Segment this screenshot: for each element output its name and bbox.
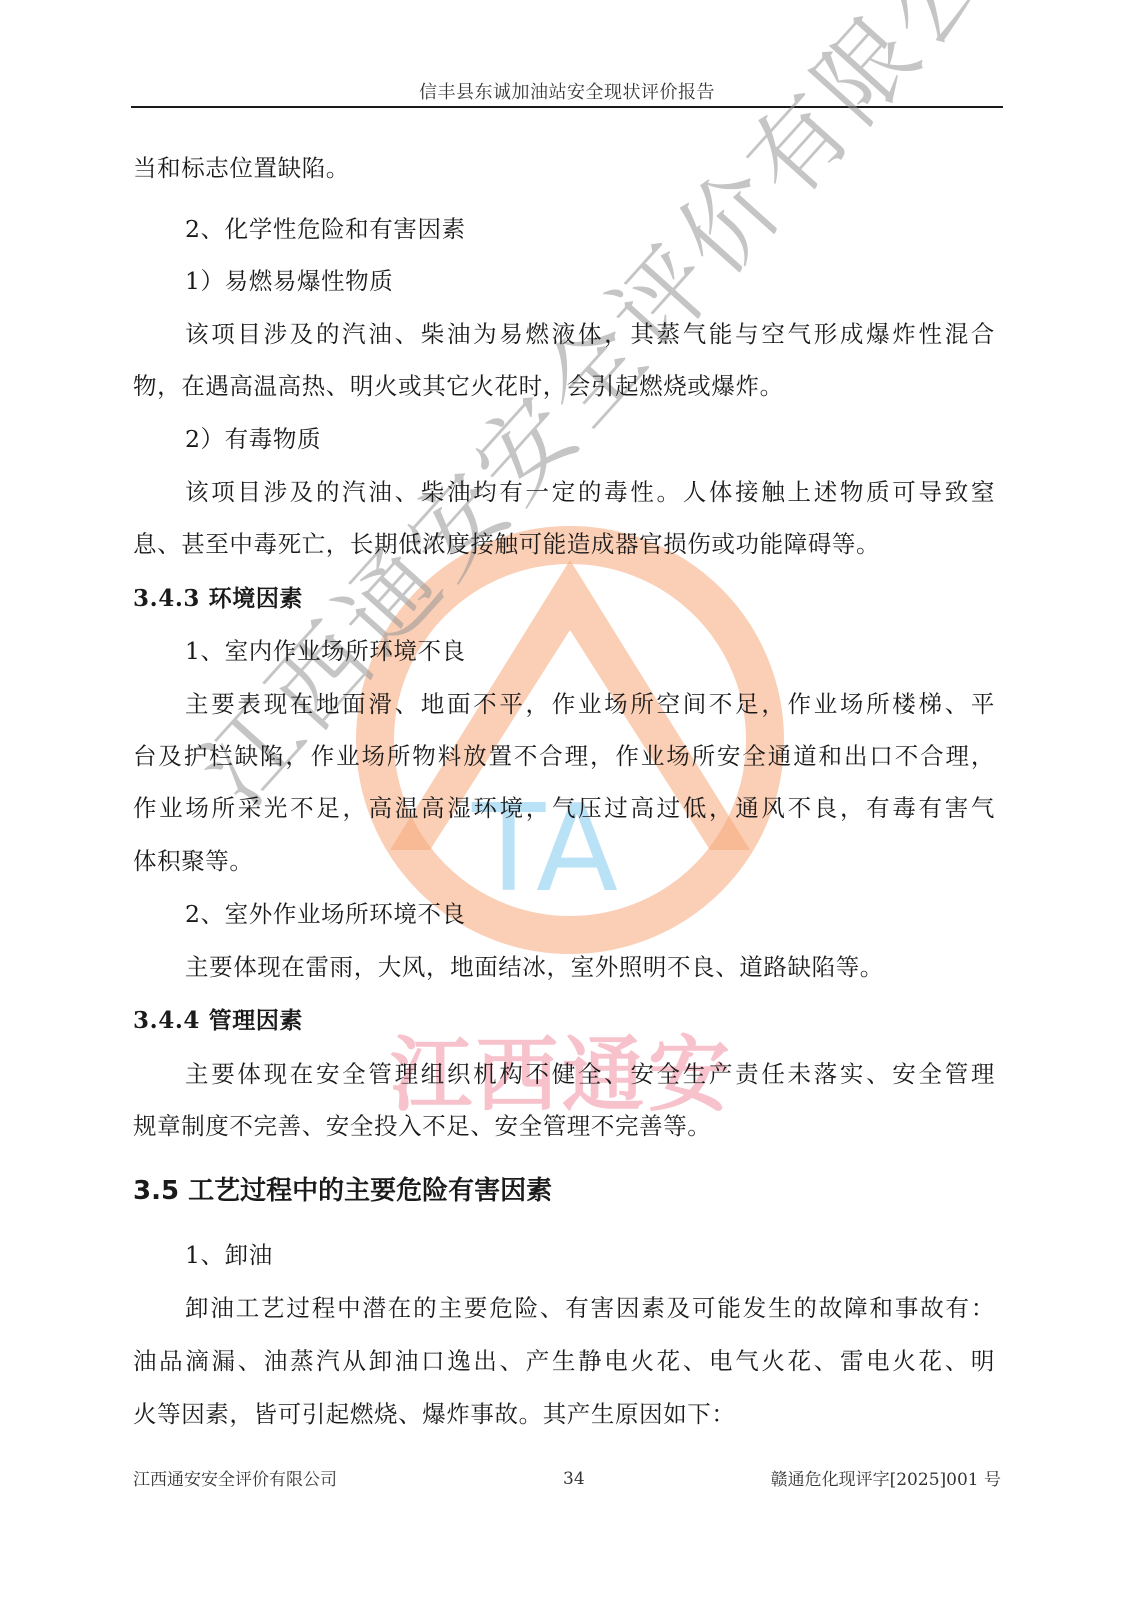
footer-doc-number: 赣通危化现评字[2025]001 号	[771, 1465, 1001, 1490]
paragraph-line: 油品滴漏、油蒸汽从卸油口逸出、产生静电火花、电气火花、雷电火花、明	[133, 1345, 995, 1377]
paragraph-line: 主要体现在雷雨，大风，地面结冰，室外照明不良、道路缺陷等。	[185, 951, 884, 983]
paragraph-line: 规章制度不完善、安全投入不足、安全管理不完善等。	[133, 1110, 711, 1142]
section-heading-3-4-4: 3.4.4 管理因素	[133, 1005, 303, 1037]
section-item-heading: 2、室外作业场所环境不良	[185, 898, 466, 930]
header-divider	[131, 106, 1003, 108]
paragraph-line: 主要表现在地面滑、地面不平，作业场所空间不足，作业场所楼梯、平	[185, 688, 995, 720]
paragraph-line: 作业场所采光不足，高温高湿环境，气压过高过低，通风不良，有毒有害气	[133, 792, 995, 824]
subsection-item-heading: 2）有毒物质	[185, 423, 321, 455]
paragraph-line: 物，在遇高温高热、明火或其它火花时，会引起燃烧或爆炸。	[133, 370, 784, 402]
section-item-heading: 1、室内作业场所环境不良	[185, 635, 466, 667]
paragraph-line: 该项目涉及的汽油、柴油为易燃液体，其蒸气能与空气形成爆炸性混合	[185, 318, 995, 350]
section-item-heading: 1、卸油	[185, 1239, 273, 1271]
paragraph-line: 卸油工艺过程中潜在的主要危险、有害因素及可能发生的故障和事故有：	[185, 1292, 995, 1324]
section-heading-3-4-3: 3.4.3 环境因素	[133, 583, 303, 615]
subsection-item-heading: 1）易燃易爆性物质	[185, 265, 393, 297]
paragraph-line: 台及护栏缺陷，作业场所物料放置不合理，作业场所安全通道和出口不合理，	[133, 740, 995, 772]
section-item-heading: 2、化学性危险和有害因素	[185, 213, 466, 245]
paragraph-line: 主要体现在安全管理组织机构不健全、安全生产责任未落实、安全管理	[185, 1058, 995, 1090]
section-heading-3-5: 3.5 工艺过程中的主要危险有害因素	[133, 1175, 552, 1207]
paragraph-line: 火等因素，皆可引起燃烧、爆炸事故。其产生原因如下：	[133, 1398, 736, 1430]
paragraph-line: 该项目涉及的汽油、柴油均有一定的毒性。人体接触上述物质可导致窒	[185, 476, 995, 508]
running-header: 信丰县东诚加油站安全现状评价报告	[131, 78, 1003, 104]
footer-company: 江西通安安全评价有限公司	[133, 1465, 337, 1490]
paragraph-line: 体积聚等。	[133, 845, 254, 877]
page-number: 34	[563, 1469, 585, 1489]
paragraph-line: 息、甚至中毒死亡，长期低浓度接触可能造成器官损伤或功能障碍等。	[133, 528, 880, 560]
paragraph-line: 当和标志位置缺陷。	[133, 152, 350, 184]
